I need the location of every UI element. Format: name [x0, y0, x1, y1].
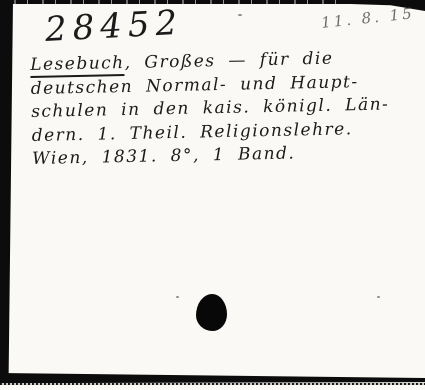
scan-edge-left	[0, 0, 13, 379]
entry-title-word: Lesebuch	[30, 53, 125, 78]
dust-speck	[377, 296, 380, 298]
catalog-card-scan: 28452 11. 8. 15 Lesebuch, Großes — für d…	[0, 0, 425, 390]
scan-edge-bottom-dots	[0, 383, 425, 385]
catalog-entry: Lesebuch, Großes — für die deutschen Nor…	[30, 46, 424, 172]
dust-speck	[238, 14, 242, 16]
hole-punch-mark	[196, 294, 227, 331]
dust-speck	[176, 296, 179, 298]
call-number: 28452	[44, 3, 184, 50]
entry-line-1-rest: , Großes — für die	[124, 49, 333, 73]
date-note: 11. 8. 15	[321, 4, 416, 32]
